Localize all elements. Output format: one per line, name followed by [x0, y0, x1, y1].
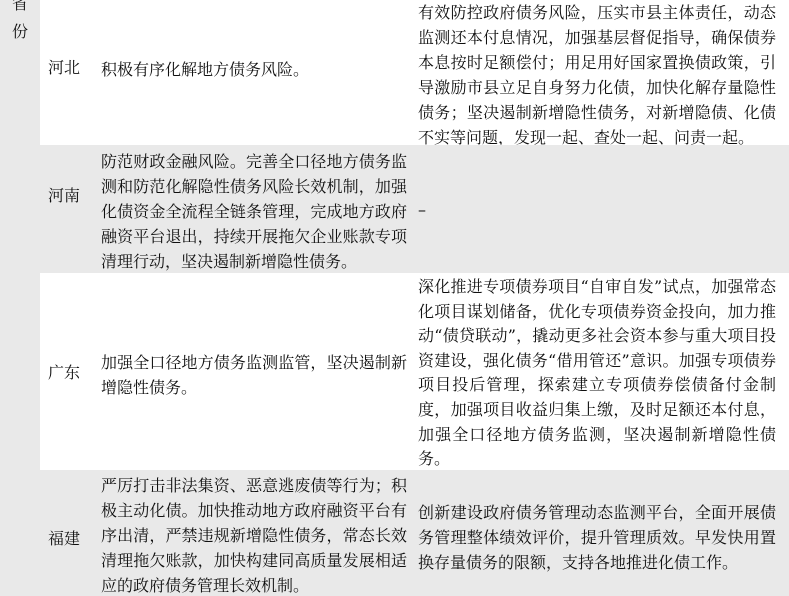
detail-text: 创新建设政府债务管理动态监测平台，全面开展债务管理整体绩效评价，提升管理质效。早… — [418, 500, 776, 575]
detail-text-empty-dash: – — [418, 197, 776, 222]
policy-text: 积极有序化解地方债务风险。 — [101, 57, 407, 82]
province-name: 河南 — [48, 183, 92, 208]
province-header-column: 省份 — [0, 0, 40, 596]
province-name: 广东 — [48, 360, 92, 385]
province-debt-policy-table: 省份 河北 积极有序化解地方债务风险。 有效防控政府债务风险，压实市县主体责任，… — [0, 0, 789, 596]
table-row-henan: 河南 防范财政金融风险。完善全口径地方债务监测和防范化解隐性债务风险长效机制，加… — [40, 145, 789, 273]
table-row-fujian: 福建 严厉打击非法集资、恶意逃废债等行为；积极主动化债。加快推动地方政府融资平台… — [40, 470, 789, 596]
table-row-guangdong: 广东 加强全口径地方债务监测监管，坚决遏制新增隐性债务。 深化推进专项债券项目“… — [40, 273, 789, 470]
province-column-header-label: 省份 — [12, 0, 28, 46]
policy-text: 加强全口径地方债务监测监管，坚决遏制新增隐性债务。 — [101, 350, 407, 400]
detail-text: 有效防控政府债务风险，压实市县主体责任，动态监测还本付息情况，加强基层督促指导，… — [418, 0, 776, 145]
province-name: 福建 — [48, 526, 92, 551]
table-row-hebei: 河北 积极有序化解地方债务风险。 有效防控政府债务风险，压实市县主体责任，动态监… — [40, 0, 789, 145]
policy-text: 防范财政金融风险。完善全口径地方债务监测和防范化解隐性债务风险长效机制，加强化债… — [101, 149, 407, 273]
detail-text: 深化推进专项债券项目“自审自发”试点，加强常态化项目谋划储备，优化专项债券资金投… — [418, 275, 776, 470]
policy-text: 严厉打击非法集资、恶意逃废债等行为；积极主动化债。加快推动地方政府融资平台有序出… — [101, 473, 407, 596]
province-name: 河北 — [48, 55, 92, 80]
